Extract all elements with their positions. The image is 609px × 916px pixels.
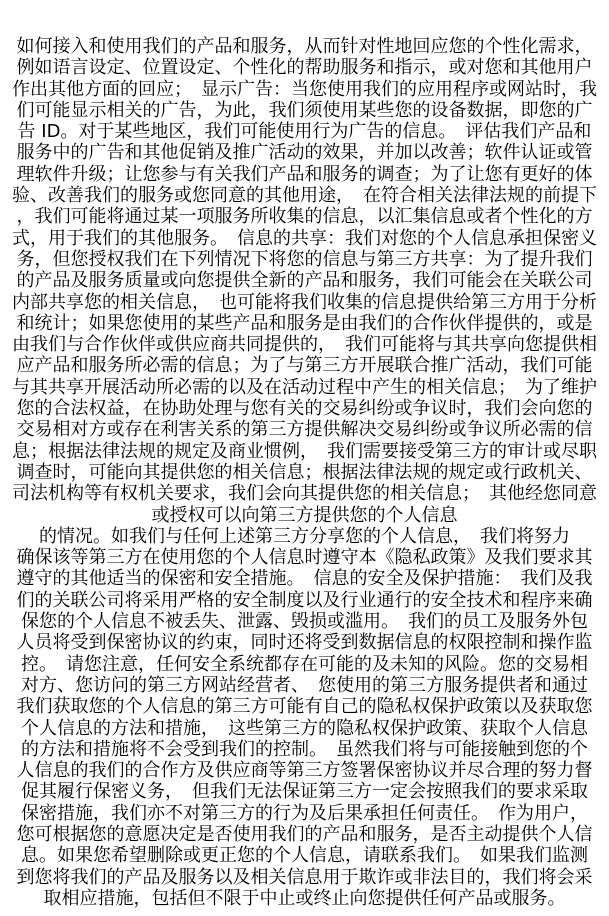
privacy-policy-page: 如何接入和使用我们的产品和服务，从而针对性地回应您的个性化需求， 例如语言设定、…	[0, 0, 609, 916]
text-line: 式，用于我们的其他服务。 信息的共享：我们对您的个人信息承担保密义	[2, 228, 607, 249]
text-line: 您可根据您的意愿决定是否使用我们的产品和服务，是否主动提供个人信	[2, 824, 607, 845]
text-line: 服务中的广告和其他促销及推广活动的效果，并加以改善；软件认证或管	[2, 142, 607, 163]
text-line: 们可能显示相关的广告，为此，我们须使用某些您的设备数据，即您的广	[2, 100, 607, 121]
text-line: 人员将受到保密协议的约束，同时还将受到数据信息的权限控制和操作监	[2, 632, 607, 653]
text-line: 保您的个人信息不被丢失、泄露、毁损或滥用。 我们的员工及服务外包	[2, 611, 607, 632]
text-line: 或授权可以向第三方提供您的个人信息	[2, 505, 607, 526]
text-line: 人信息的我们的合作方及供应商等第三方签署保密协议并尽合理的努力督	[2, 760, 607, 781]
text-line: 的情况。如我们与任何上述第三方分享您的个人信息， 我们将努力	[2, 526, 607, 547]
text-line: 息。如果您希望删除或更正您的个人信息，请联系我们。 如果我们监测	[2, 845, 607, 866]
text-line: 调查时，可能向其提供您的相关信息；根据法律法规的规定或行政机关、	[2, 462, 607, 483]
text-line: 理软件升级；让您参与有关我们产品和服务的调查；为了让您有更好的体	[2, 164, 607, 185]
text-line: 如何接入和使用我们的产品和服务，从而针对性地回应您的个性化需求，	[2, 36, 607, 57]
text-line: 的产品及服务质量或向您提供全新的产品和服务，我们可能会在关联公司	[2, 270, 607, 291]
text-line: ，我们可能将通过某一项服务所收集的信息，以汇集信息或者个性化的方	[2, 206, 607, 227]
text-line: 息；根据法律法规的规定及商业惯例， 我们需要接受第三方的审计或尽职	[2, 441, 607, 462]
text-line: 交易相对方或存在利害关系的第三方提供解决交易纠纷或争议所必需的信	[2, 419, 607, 440]
text-line: 个人信息的方法和措施， 这些第三方的隐私权保护政策、获取个人信息	[2, 718, 607, 739]
text-line: 由我们与合作伙伴或供应商共同提供的， 我们可能将与其共享向您提供相	[2, 334, 607, 355]
text-line: 和统计；如果您使用的某些产品和服务是由我们的合作伙伴提供的，或是	[2, 313, 607, 334]
text-line: 遵守的其他适当的保密和安全措施。 信息的安全及保护措施： 我们及我	[2, 568, 607, 589]
text-line: 取相应措施，包括但不限于中止或终止向您提供任何产品或服务。	[2, 888, 607, 909]
text-line: 您的合法权益，在协助处理与您有关的交易纠纷或争议时，我们会向您的	[2, 398, 607, 419]
text-line: 务，但您授权我们在下列情况下将您的信息与第三方共享：为了提升我们	[2, 249, 607, 270]
text-line: 确保该等第三方在使用您的个人信息时遵守本《隐私政策》及我们要求其	[2, 547, 607, 568]
text-line: 们的关联公司将采用严格的安全制度以及行业通行的安全技术和程序来确	[2, 590, 607, 611]
text-line: 控。 请您注意，任何安全系统都存在可能的及未知的风险。您的交易相	[2, 654, 607, 675]
text-line: 对方、您访问的第三方网站经营者、 您使用的第三方服务提供者和通过	[2, 675, 607, 696]
text-line: 内部共享您的相关信息， 也可能将我们收集的信息提供给第三方用于分析	[2, 292, 607, 313]
text-line: 保密措施，我们亦不对第三方的行为及后果承担任何责任。 作为用户，	[2, 803, 607, 824]
text-line: 与其共享开展活动所必需的以及在活动过程中产生的相关信息； 为了维护	[2, 377, 607, 398]
text-line: 到您将我们的产品及服务以及相关信息用于欺诈或非法目的，我们将会采	[2, 867, 607, 888]
text-line: 应产品和服务所必需的信息；为了与第三方开展联合推广活动，我们可能	[2, 355, 607, 376]
text-line: 我们获取您的个人信息的第三方可能有自己的隐私权保护政策以及获取您	[2, 696, 607, 717]
text-line: 验、改善我们的服务或您同意的其他用途， 在符合相关法律法规的前提下	[2, 185, 607, 206]
text-line: 告 ID。对于某些地区，我们可能使用行为广告的信息。 评估我们产品和	[2, 121, 607, 142]
text-line: 作出其他方面的回应； 显示广告：当您使用我们的应用程序或网站时，我	[2, 79, 607, 100]
text-line: 促其履行保密义务， 但我们无法保证第三方一定会按照我们的要求采取	[2, 781, 607, 802]
text-line: 例如语言设定、位置设定、个性化的帮助服务和指示，或对您和其他用户	[2, 57, 607, 78]
text-line: 司法机构等有权机关要求，我们会向其提供您的相关信息； 其他经您同意	[2, 483, 607, 504]
text-line: 的方法和措施将不会受到我们的控制。 虽然我们将与可能接触到您的个	[2, 739, 607, 760]
